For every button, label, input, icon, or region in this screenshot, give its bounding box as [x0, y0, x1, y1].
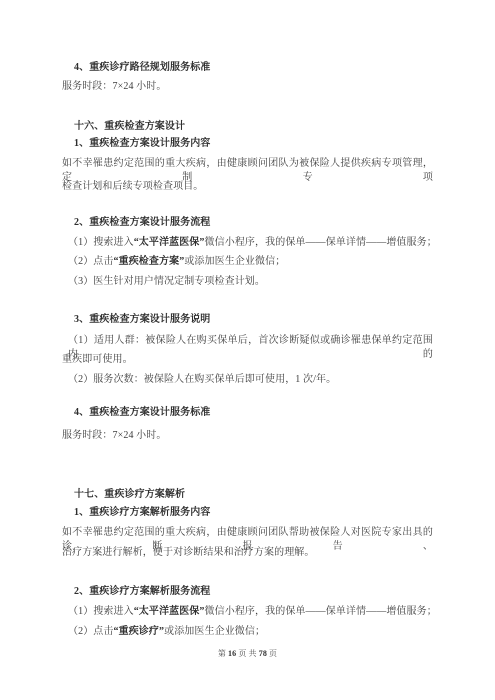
section-heading: 1、重疾检查方案设计服务内容 [74, 137, 210, 151]
text-segment: 4、重疾检查方案设计服务标准 [74, 407, 210, 418]
list-item-line: （1）搜索进入“太平洋蓝医保”微信小程序，我的保单——保单详情——增值服务； [68, 236, 437, 250]
paragraph-line: 治疗方案进行解析，便于对诊断结果和治疗方案的理解。 [62, 546, 315, 560]
text-segment: 微信小程序，我的保单——保单详情——增值服务； [205, 237, 437, 248]
text-segment: 4、重疾诊疗路径规划服务标准 [74, 62, 210, 73]
text-segment: 页 [267, 649, 277, 658]
list-item-line: （2）服务次数：被保险人在购买保单后即可使用，1 次/年。 [68, 373, 336, 387]
list-item-line: （1）搜索进入“太平洋蓝医保”微信小程序，我的保单——保单详情——增值服务； [68, 605, 437, 619]
text-segment: （1）搜索进入 [68, 237, 134, 248]
section-heading: 十七、重疾诊疗方案解析 [74, 488, 185, 502]
text-segment: 治疗方案进行解析，便于对诊断结果和治疗方案的理解。 [62, 547, 315, 558]
section-heading: 十六、重疾检查方案设计 [74, 120, 185, 134]
section-heading: 4、重疾检查方案设计服务标准 [74, 406, 210, 420]
paragraph-line: 服务时段：7×24 小时。 [62, 429, 166, 443]
text-segment: 1、重疾检查方案设计服务内容 [74, 138, 210, 149]
section-heading: 3、重疾检查方案设计服务说明 [74, 313, 210, 327]
text-segment: 78 [259, 649, 267, 658]
text-segment: “太平洋蓝医保” [134, 606, 205, 617]
text-segment: 1、重疾诊疗方案解析服务内容 [74, 507, 210, 518]
list-item-line: （3）医生针对用户情况定制专项检查计划。 [68, 275, 265, 289]
text-segment: 重疾即可使用。 [62, 354, 133, 365]
text-segment: 2、重疾检查方案设计服务流程 [74, 217, 210, 228]
text-segment: “太平洋蓝医保” [134, 237, 205, 248]
text-segment: 服务时段：7×24 小时。 [62, 81, 166, 92]
text-segment: 或添加医生企业微信； [164, 626, 265, 637]
paragraph-line: 重疾即可使用。 [62, 353, 133, 367]
text-segment: 服务时段：7×24 小时。 [62, 430, 166, 441]
text-segment: （2）点击 [68, 256, 114, 267]
text-segment: （2）点击 [68, 626, 114, 637]
text-segment: 第 [218, 649, 228, 658]
text-segment: 2、重疾诊疗方案解析服务流程 [74, 586, 210, 597]
text-segment: 十七、重疾诊疗方案解析 [74, 489, 185, 500]
text-segment: 3、重疾检查方案设计服务说明 [74, 314, 210, 325]
text-segment: 十六、重疾检查方案设计 [74, 121, 185, 132]
page-footer: 第 16 页 共 78 页 [0, 648, 495, 660]
section-heading: 2、重疾诊疗方案解析服务流程 [74, 585, 210, 599]
text-segment: 微信小程序，我的保单——保单详情——增值服务； [205, 606, 437, 617]
text-segment: 检查计划和后续专项检查项目。 [62, 181, 203, 192]
text-segment: （3）医生针对用户情况定制专项检查计划。 [68, 276, 265, 287]
section-heading: 4、重疾诊疗路径规划服务标准 [74, 61, 210, 75]
text-segment: （2）服务次数：被保险人在购买保单后即可使用，1 次/年。 [68, 374, 336, 385]
section-heading: 2、重疾检查方案设计服务流程 [74, 216, 210, 230]
section-heading: 1、重疾诊疗方案解析服务内容 [74, 506, 210, 520]
paragraph-line: 检查计划和后续专项检查项目。 [62, 180, 203, 194]
list-item-line: （2）点击“重疾诊疗”或添加医生企业微信； [68, 625, 265, 639]
paragraph-line: 服务时段：7×24 小时。 [62, 80, 166, 94]
text-segment: （1）搜索进入 [68, 606, 134, 617]
document-page: 4、重疾诊疗路径规划服务标准服务时段：7×24 小时。十六、重疾检查方案设计1、… [0, 0, 495, 700]
text-segment: “重疾检查方案” [114, 256, 185, 267]
list-item-line: （2）点击“重疾检查方案”或添加医生企业微信； [68, 255, 285, 269]
text-segment: 或添加医生企业微信； [184, 256, 285, 267]
text-segment: “重疾诊疗” [114, 626, 165, 637]
text-segment: 页 共 [236, 649, 259, 658]
